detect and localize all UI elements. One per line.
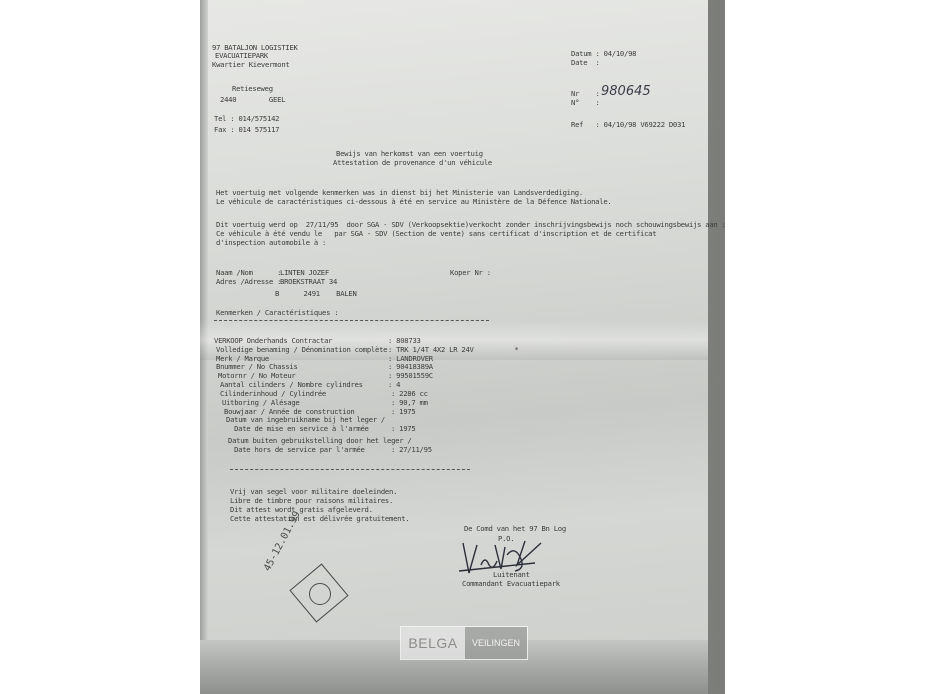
divider	[230, 469, 470, 470]
characteristic-value: : 808733	[388, 337, 421, 345]
buyer-address-label: Adres /Adresse :	[216, 278, 281, 286]
divider	[214, 320, 489, 321]
characteristic-label: Datum van ingebruikname bij het leger /	[226, 416, 385, 424]
characteristic-value: : 90418389A	[388, 363, 433, 371]
characteristic-label: Motornr / No Moteur	[218, 372, 295, 380]
buyer-city: B 2491 BALEN	[275, 290, 357, 298]
note-3: Dit attest wordt gratis afgeleverd.	[230, 506, 373, 514]
characteristic-value: : TRK 1/4T 4X2 LR 24V *	[388, 346, 518, 354]
watermark-belga: BELGA	[401, 627, 465, 659]
characteristic-label: Cilinderinhoud / Cylindrée	[220, 390, 326, 398]
title-nl: Bewijs van herkomst van een voertuig	[336, 150, 483, 158]
characteristic-label: Uitboring / Alésage	[222, 399, 299, 407]
characteristic-label: Date de mise en service à l'armée	[230, 425, 369, 433]
nr-handwritten: 980645	[601, 84, 651, 99]
characteristic-value: : 27/11/95	[391, 446, 432, 454]
title-fr: Attestation de provenance d'un véhicule	[333, 159, 492, 167]
sender-section: EVACUATIEPARK	[215, 52, 268, 60]
date: Date :	[571, 59, 600, 67]
handwritten-signature	[455, 535, 550, 580]
characteristic-value: : 2286 cc	[391, 390, 428, 398]
characteristic-label: Bnummer / No Chassis	[216, 363, 298, 371]
characteristics-heading: Kenmerken / Caractéristiques :	[216, 309, 338, 317]
koper-nr: Koper Nr :	[450, 269, 491, 277]
buyer-address: BROEKSTRAAT 34	[280, 278, 337, 286]
note-4: Cette attestation est délivrée gratuitem…	[230, 515, 409, 523]
characteristic-label: Aantal cilinders / Nombre cylindres	[220, 381, 363, 389]
ref: Ref : 04/10/98 V69222 D031	[571, 121, 685, 129]
sender-city: 2440 GEEL	[220, 96, 285, 104]
stamp-emblem-icon	[309, 583, 331, 605]
signature-role: Commandant Evacuatiepark	[462, 580, 560, 588]
note-1: Vrij van segel voor militaire doeleinden…	[230, 488, 397, 496]
characteristic-value: : 1975	[391, 425, 415, 433]
nr-label: Nr :	[571, 90, 600, 98]
characteristic-label: Date hors de service par l'armée	[230, 446, 365, 454]
sender-street: Retieseweg	[232, 85, 273, 93]
note-2: Libre de timbre pour raisons militaires.	[230, 497, 393, 505]
buyer-name-label: Naam /Nom :	[216, 269, 281, 277]
sender-barracks: Kwartier Kievermont	[212, 61, 289, 69]
datum: Datum : 04/10/98	[571, 50, 636, 58]
characteristic-value: : 99501559C	[388, 372, 433, 380]
watermark: BELGA VEILINGEN	[400, 626, 528, 660]
characteristic-value: : 4	[388, 381, 400, 389]
characteristic-label: VERKOOP Onderhands Contractar	[214, 337, 332, 345]
characteristic-label: Datum buiten gebruikstelling door het le…	[228, 437, 411, 445]
sender-fax: Fax : 014 575117	[214, 126, 279, 134]
sender-tel: Tel : 014/575142	[214, 115, 279, 123]
n-label: N° :	[571, 99, 600, 107]
watermark-veilingen: VEILINGEN	[465, 627, 527, 659]
signature-line1: De Comd van het 97 Bn Log	[464, 525, 566, 533]
characteristic-value: : 1975	[391, 408, 415, 416]
characteristic-value: : 90,7 mm	[391, 399, 428, 407]
buyer-name: LINTEN JOZEF	[280, 269, 329, 277]
characteristic-label: Volledige benaming / Dénomination complè…	[216, 346, 387, 354]
